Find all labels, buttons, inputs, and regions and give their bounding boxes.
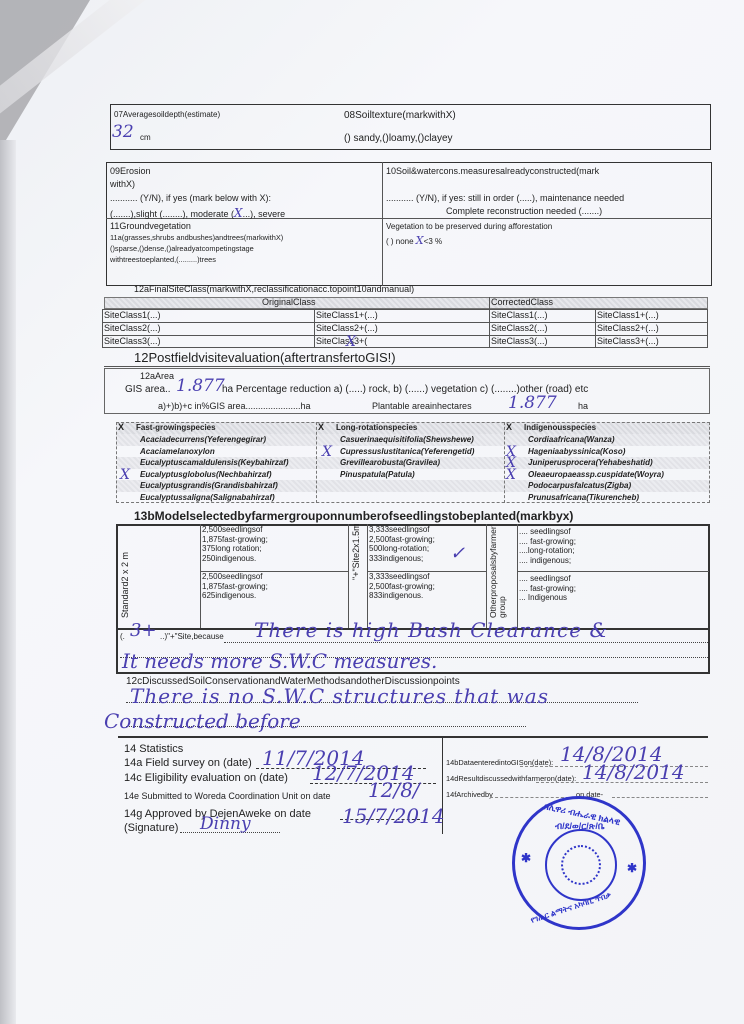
seedling-model-line[interactable]: .... fast-growing; — [519, 585, 576, 593]
seedling-model-line[interactable]: 2,500fast-growing; — [369, 536, 435, 544]
approved-date[interactable]: 15/7/2014 — [342, 806, 445, 826]
seedling-model-line[interactable]: 375long rotation; — [202, 545, 262, 553]
species-x-column: X — [118, 423, 124, 432]
lt3-mark[interactable]: X — [416, 234, 424, 247]
site-class-option[interactable]: SiteClass3+(...) — [597, 337, 659, 346]
avg-soil-depth-unit: cm — [140, 134, 151, 142]
species-item[interactable]: Eucalyptusgrandis(Grandisbahirzaf) — [140, 482, 278, 490]
species-column-header: Long-rotationspecies — [336, 424, 417, 432]
divider — [200, 524, 201, 628]
stamp-star-icon: ✱ — [627, 861, 637, 875]
ground-vegetation-line3[interactable]: ()sparse,()dense,()alreadyatcompetingsta… — [110, 245, 254, 252]
site-class-option[interactable]: SiteClass3+( — [316, 337, 367, 346]
ground-vegetation-line2: 11a(grasses,shrubs andbushes)andtrees(ma… — [110, 234, 283, 241]
species-item[interactable]: Eucalyptuscamaldulensis(Keybahirzaf) — [140, 459, 289, 467]
stamp-star-icon: ✱ — [521, 851, 531, 865]
post-field-title: 12Postfieldvisitevaluation(aftertransfer… — [134, 351, 396, 364]
moderate-mark[interactable]: X — [234, 206, 243, 220]
signature[interactable]: Dinny — [200, 816, 251, 833]
site-class-option[interactable]: SiteClass1+(...) — [316, 311, 378, 320]
site-class-option[interactable]: SiteClass2(...) — [491, 324, 548, 333]
site-class-option[interactable]: SiteClass1(...) — [104, 311, 161, 320]
submitted-label: 14e Submitted to Woreda Coordination Uni… — [124, 792, 330, 801]
species-item[interactable]: Eucalyptussaligna(Salignabahirzaf) — [140, 494, 275, 502]
gis-area-value[interactable]: 1.877 — [176, 378, 225, 395]
species-mark[interactable]: X — [120, 468, 130, 482]
seedling-model-line[interactable]: 1,875fast-growing; — [202, 536, 268, 544]
species-mark[interactable]: X — [506, 468, 516, 482]
species-item[interactable]: Pinuspatula(Patula) — [340, 471, 415, 479]
vegetation-preserved-options[interactable]: ( ) none X<3 % — [386, 235, 442, 246]
species-item[interactable]: Juniperusprocera(Yehabeshatid) — [528, 459, 653, 467]
none-option: ( ) none — [386, 237, 416, 246]
species-x-column: X — [318, 423, 324, 432]
submitted-date[interactable]: 12/8/ — [368, 780, 420, 800]
divider — [382, 162, 383, 286]
seedling-model-line[interactable]: 333indigenous; — [369, 555, 423, 563]
species-item[interactable]: Oleaeuropaeassp.cuspidate(Woyra) — [528, 471, 664, 479]
divider — [118, 736, 708, 738]
swc-yn[interactable]: ........... (Y/N), if yes: still in orde… — [386, 194, 624, 203]
seedling-model-line[interactable]: .... fast-growing; — [519, 538, 576, 546]
dotted-line — [224, 642, 708, 643]
swc-title: 10Soil&watercons.measuresalreadyconstruc… — [386, 167, 599, 176]
divider — [517, 571, 709, 572]
site-check-mark[interactable]: ✓ — [450, 545, 465, 563]
seedling-model-line[interactable]: .... seedlingsof — [519, 528, 571, 536]
seedling-model-line[interactable]: 2,500seedlingsof — [202, 573, 263, 581]
divider — [314, 309, 315, 348]
divider — [517, 524, 518, 628]
page-edge-shadow — [0, 140, 16, 1024]
standard-label: Standard2 x 2 m — [120, 552, 130, 618]
species-item[interactable]: Acaciadecurrens(Yeferengegirar) — [140, 436, 266, 444]
species-table: XFast-growingspeciesAcaciadecurrens(Yefe… — [116, 422, 710, 508]
site-class-option[interactable]: SiteClass3(...) — [491, 337, 548, 346]
seedling-model-line[interactable]: 3,333seedlingsof — [369, 526, 430, 534]
eligibility-label: 14c Eligibility evaluation on (date) — [124, 773, 288, 784]
stamp-emblem-icon — [561, 845, 601, 885]
site-class-option[interactable]: SiteClass1+(...) — [597, 311, 659, 320]
erosion-severity-text: (.......),slight (........), moderate ( — [110, 209, 234, 219]
gis-area-reduction[interactable]: a)+)b)+c in%GIS area....................… — [158, 402, 311, 411]
seedling-model-line[interactable]: .... indigenous; — [519, 557, 571, 565]
site-class-option[interactable]: SiteClass3(...) — [104, 337, 161, 346]
site-class-option[interactable]: SiteClass2+(...) — [597, 324, 659, 333]
final-site-class-title: 12aFinalSiteClass(markwithX,reclassifica… — [134, 285, 414, 294]
seedling-model-line[interactable]: 500long-rotation; — [369, 545, 429, 553]
gis-area-label: GIS area.. — [125, 385, 171, 395]
divider — [367, 524, 368, 628]
seedling-model-line[interactable]: ... Indigenous — [519, 594, 567, 602]
seedling-model-line[interactable]: 2,500seedlingsof — [202, 526, 263, 534]
discussed-text-1[interactable]: There is no S.W.C structures that was — [130, 686, 549, 706]
because-reason-2[interactable]: It needs more S.W.C measures. — [122, 651, 437, 671]
seedling-model-line[interactable]: 2,500fast-growing; — [369, 583, 435, 591]
official-stamp: በሊዋሪ ብሔራዊ ክልላዊ ብ/ደ/ወ/ር/ጽ/ቤ የገጠር ልማትና አካባ… — [512, 796, 646, 930]
divider — [316, 422, 317, 503]
plantable-area-label: Plantable areainhectares — [372, 402, 472, 411]
site-class-option[interactable]: SiteClass2+(...) — [316, 324, 378, 333]
soil-texture-options[interactable]: () sandy,()loamy,()clayey — [344, 134, 453, 144]
plantable-area-value[interactable]: 1.877 — [508, 395, 557, 412]
because-prefix: (. — [120, 633, 125, 641]
signature-label: (Signature) — [124, 823, 178, 834]
statistics-title: 14 Statistics — [124, 744, 183, 755]
divider — [504, 422, 505, 503]
ground-vegetation-title: 11Groundvegetation — [110, 222, 191, 231]
divider — [489, 297, 490, 348]
site-class-option[interactable]: SiteClass2(...) — [104, 324, 161, 333]
ground-vegetation-line4[interactable]: withtreestoeplanted,(.........)trees — [110, 256, 216, 263]
species-item[interactable]: Hageniaabyssinica(Koso) — [528, 448, 625, 456]
seedling-model-line[interactable]: 625indigenous. — [202, 592, 256, 600]
swc-reconstruction[interactable]: Complete reconstruction needed (.......) — [446, 207, 602, 216]
species-item[interactable]: Podocarpusfalcatus(Zigba) — [528, 482, 631, 490]
avg-soil-depth-label: 07Averagesoildepth(estimate) — [114, 111, 220, 119]
seedling-model-line[interactable]: 1,875fast-growing; — [202, 583, 268, 591]
divider — [348, 524, 349, 628]
species-column-header: Fast-growingspecies — [136, 424, 216, 432]
result-discussed-date[interactable]: 14/8/2014 — [582, 762, 685, 782]
species-item[interactable]: Casuerinaequisitifolia(Shewshewe) — [340, 436, 474, 444]
divider — [595, 309, 596, 348]
site-class3-plus-mark[interactable]: X — [346, 335, 356, 349]
model-selected-title: 13bModelselectedbyfarmergrouponnumberofs… — [134, 510, 573, 522]
area-title: 12aArea — [140, 372, 174, 381]
erosion-title: 09Erosion — [110, 167, 151, 176]
seedling-model-line[interactable]: .... seedlingsof — [519, 575, 571, 583]
site-label: "+"Site2x1.5m — [351, 523, 361, 580]
species-column-header: Indigenousspecies — [524, 424, 596, 432]
corrected-class-header: CorrectedClass — [491, 298, 553, 307]
species-item[interactable]: Prunusafricana(Tikurencheb) — [528, 494, 639, 502]
species-item[interactable]: Grevillearobusta(Gravilea) — [340, 459, 440, 467]
divider — [104, 366, 710, 367]
site-class-header-row — [104, 297, 708, 309]
seedling-model-line[interactable]: ....long-rotation; — [519, 547, 575, 555]
divider — [486, 524, 487, 628]
archived-label: 14fArchivedby — [446, 791, 493, 798]
erosion-severity[interactable]: (.......),slight (........), moderate (X… — [110, 207, 285, 219]
erosion-yn[interactable]: ........... (Y/N), if yes (mark below wi… — [110, 194, 271, 203]
stamp-text-mid: ብ/ደ/ወ/ር/ጽ/ቤ — [555, 821, 605, 832]
discussed-text-2[interactable]: Constructed before — [104, 711, 301, 731]
species-mark[interactable]: X — [322, 445, 332, 459]
erosion-title-2: withX) — [110, 180, 135, 189]
field-survey-label: 14a Field survey on (date) — [124, 758, 252, 769]
erosion-severity-text-2: ...), severe — [243, 209, 286, 219]
species-item[interactable]: Cordiaafricana(Wanza) — [528, 436, 615, 444]
because-number[interactable]: 3+ — [130, 622, 157, 640]
plantable-area-unit: ha — [578, 402, 588, 411]
species-item[interactable]: Acaciamelanoxylon — [140, 448, 215, 456]
seedling-model-line[interactable]: 3,333seedlingsof — [369, 573, 430, 581]
other-proposals-label: Otherproposalsbyfarmer group — [489, 524, 508, 618]
scanned-form-page: 07Averagesoildepth(estimate) 32 cm 08Soi… — [0, 0, 744, 1024]
because-reason-1[interactable]: There is high Bush Clearance & — [254, 620, 608, 640]
seedling-model-line[interactable]: 833indigenous. — [369, 592, 423, 600]
avg-soil-depth-value[interactable]: 32 — [112, 124, 134, 141]
lt3-option: <3 % — [424, 237, 442, 246]
species-x-column: X — [506, 423, 512, 432]
site-class-option[interactable]: SiteClass1(...) — [491, 311, 548, 320]
date-line — [612, 797, 708, 798]
because-label: ..)"+"Site,because — [160, 633, 224, 641]
vegetation-preserved-label: Vegetation to be preserved during affore… — [386, 223, 552, 231]
species-item[interactable]: Eucalyptusglobolus(Nechbahirzaf) — [140, 471, 272, 479]
soil-texture-label: 08Soiltexture(markwithX) — [344, 111, 456, 121]
original-class-header: OriginalClass — [262, 298, 316, 307]
species-item[interactable]: Cupressuslustitanica(Yeferengetid) — [340, 448, 474, 456]
seedling-model-line[interactable]: 250indigenous. — [202, 555, 256, 563]
